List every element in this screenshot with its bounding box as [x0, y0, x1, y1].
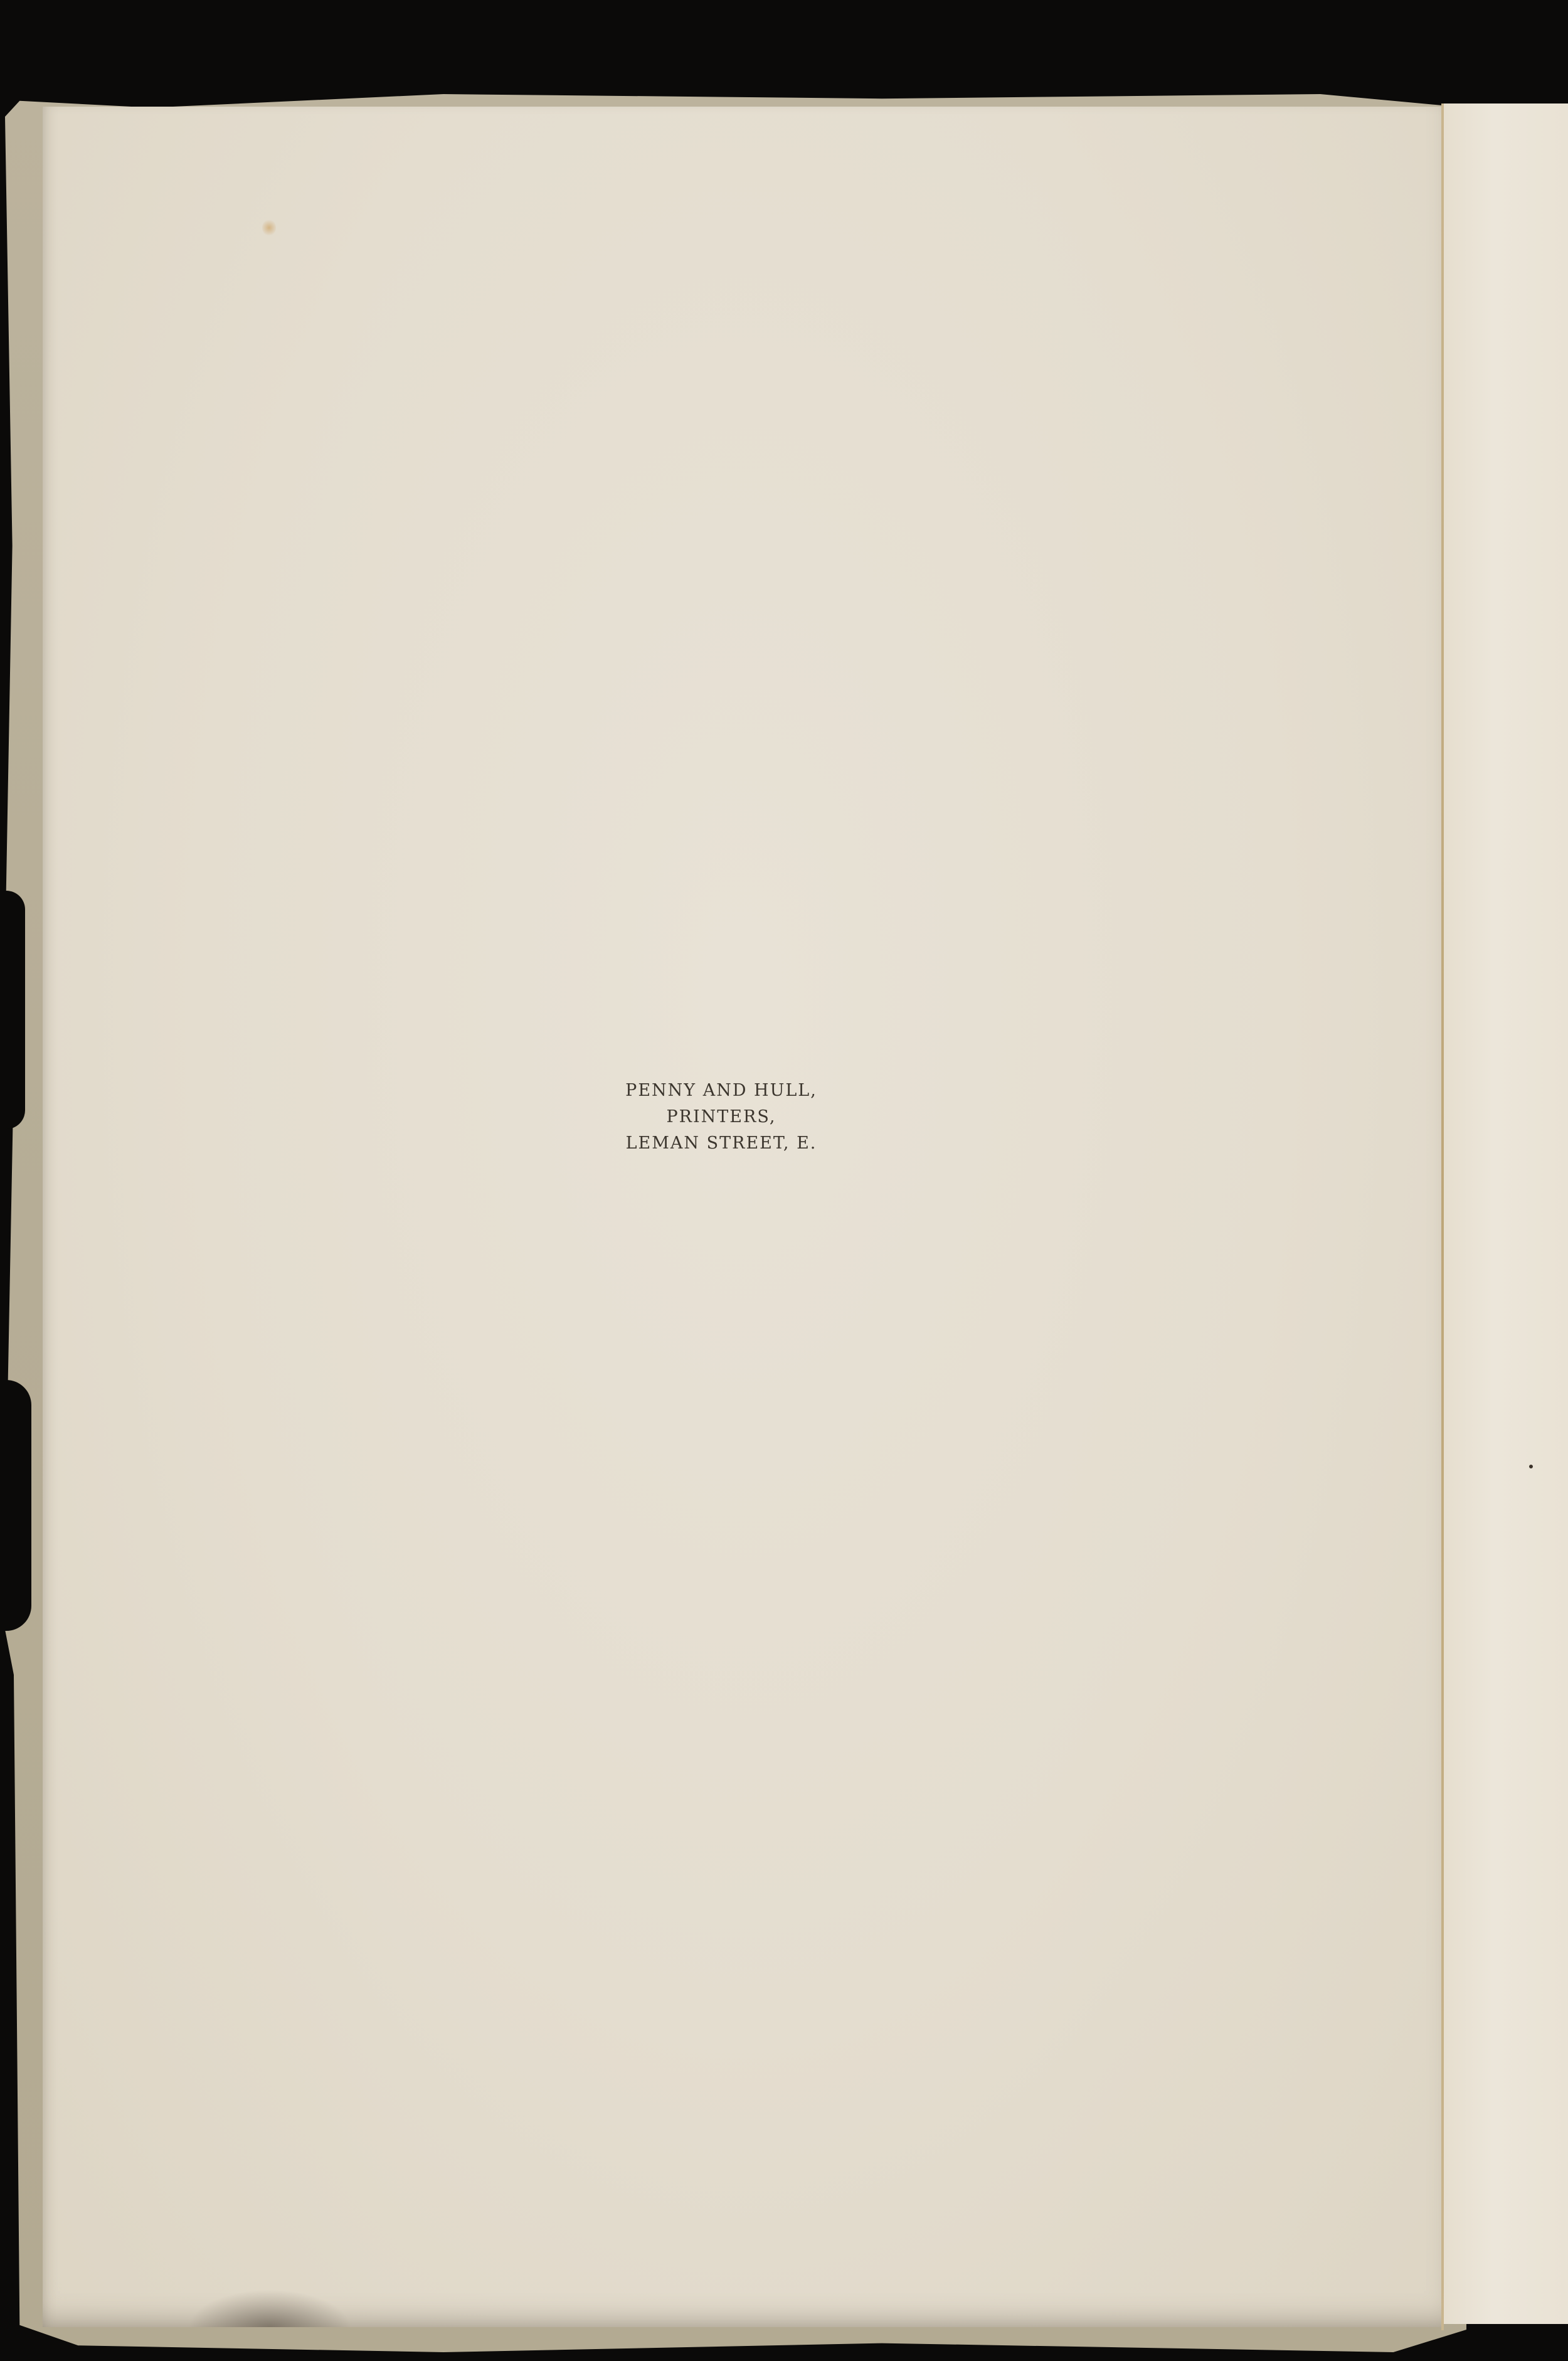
right-page-edge [1444, 103, 1568, 2324]
scan-stage: PENNY AND HULL, PRINTERS, LEMAN STREET, … [0, 0, 1568, 2361]
paper-speck [1529, 1465, 1533, 1468]
imprint-line-role: PRINTERS, [0, 1104, 1443, 1130]
foxing-spot [262, 220, 276, 236]
left-page [43, 107, 1441, 2327]
imprint-line-printer-name: PENNY AND HULL, [0, 1078, 1443, 1104]
printer-imprint: PENNY AND HULL, PRINTERS, LEMAN STREET, … [0, 1078, 1443, 1157]
page-shadow [188, 2289, 351, 2327]
cover-tear [0, 1380, 31, 1631]
imprint-line-address: LEMAN STREET, E. [0, 1130, 1443, 1157]
